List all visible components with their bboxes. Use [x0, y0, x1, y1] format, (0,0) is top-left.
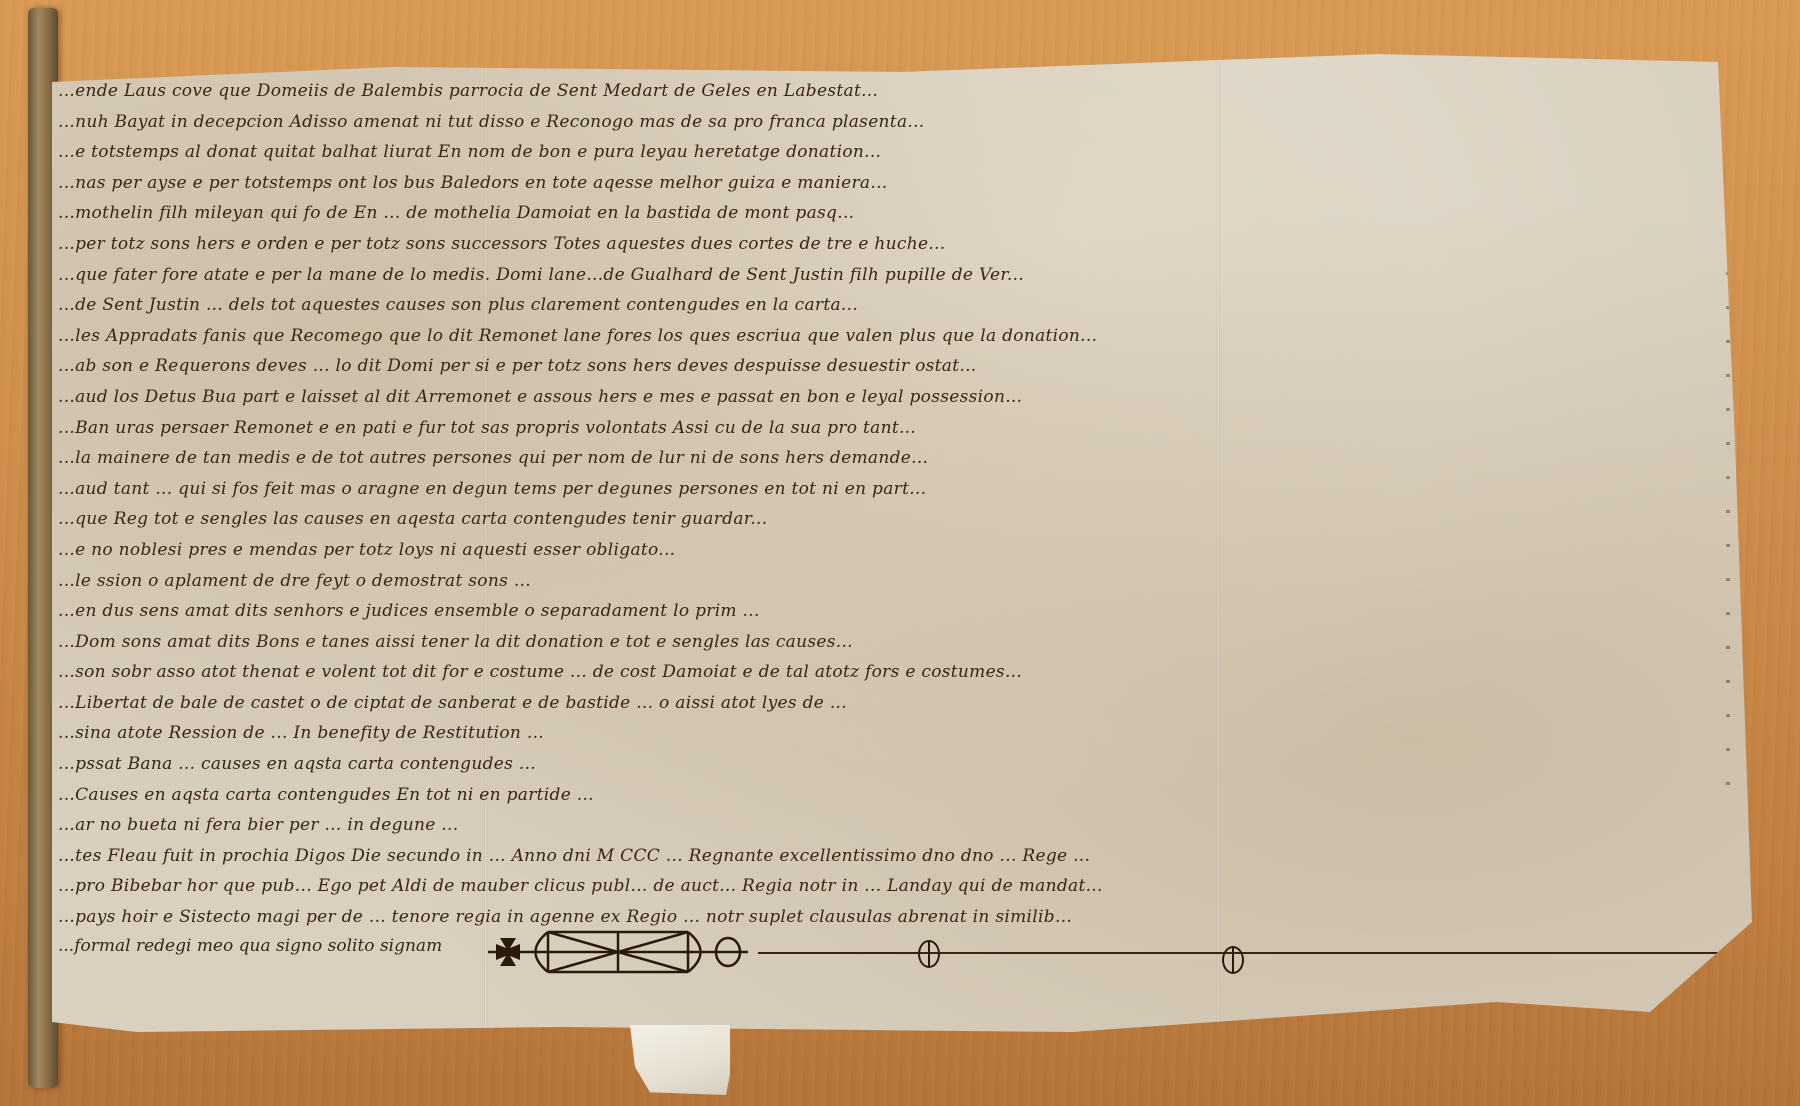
charter-line: ...son sobr asso atot thenat e volent to…	[58, 657, 1682, 688]
charter-line: ...pays hoir e Sistecto magi per de ... …	[58, 902, 1682, 933]
attached-paper-tag	[630, 1025, 730, 1095]
charter-line: ...pro Bibebar hor que pub... Ego pet Al…	[58, 871, 1682, 902]
charter-line: ...per totz sons hers e orden e per totz…	[58, 229, 1682, 260]
charter-line: ...nas per ayse e per totstemps ont los …	[58, 168, 1682, 199]
charter-line: ...tes Fleau fuit in prochia Digos Die s…	[58, 841, 1682, 872]
charter-line: ...Ban uras persaer Remonet e en pati e …	[58, 413, 1682, 444]
charter-text-block: ...ende Laus cove que Domeiis de Balembi…	[58, 76, 1682, 933]
charter-line: ...ende Laus cove que Domeiis de Balembi…	[58, 76, 1682, 107]
charter-line: ...que fater fore atate e per la mane de…	[58, 260, 1682, 291]
parchment-charter: ...ende Laus cove que Domeiis de Balembi…	[52, 42, 1752, 1042]
charter-line: ...Causes en aqsta carta contengudes En …	[58, 780, 1682, 811]
charter-line: ...nuh Bayat in decepcion Adisso amenat …	[58, 107, 1682, 138]
charter-line: ...e no noblesi pres e mendas per totz l…	[58, 535, 1682, 566]
charter-line: ...ab son e Requerons deves ... lo dit D…	[58, 351, 1682, 382]
charter-line: ...de Sent Justin ... dels tot aquestes …	[58, 290, 1682, 321]
charter-line: ...e totstemps al donat quitat balhat li…	[58, 137, 1682, 168]
charter-line: ...pssat Bana ... causes en aqsta carta …	[58, 749, 1682, 780]
charter-line: ...en dus sens amat dits senhors e judic…	[58, 596, 1682, 627]
charter-line: ...aud tant ... qui si fos feit mas o ar…	[58, 474, 1682, 505]
signature-text: ...formal redegi meo qua signo solito si…	[58, 936, 442, 956]
circle-mark-icon	[1222, 946, 1244, 974]
charter-line: ...mothelin filh mileyan qui fo de En ..…	[58, 198, 1682, 229]
ruling-line	[758, 952, 1738, 954]
notarial-signature-row: ...formal redegi meo qua signo solito si…	[58, 932, 1748, 972]
circle-mark-icon	[918, 940, 940, 968]
charter-line: ...Libertat de bale de castet o de cipta…	[58, 688, 1682, 719]
charter-line: ...ar no bueta ni fera bier per ... in d…	[58, 810, 1682, 841]
notarial-signum-icon	[488, 916, 748, 986]
charter-line: ...aud los Detus Bua part e laisset al d…	[58, 382, 1682, 413]
binding-holes	[1726, 102, 1730, 802]
charter-line: ...Dom sons amat dits Bons e tanes aissi…	[58, 627, 1682, 658]
charter-line: ...que Reg tot e sengles las causes en a…	[58, 504, 1682, 535]
charter-line: ...le ssion o aplament de dre feyt o dem…	[58, 566, 1682, 597]
charter-line: ...la mainere de tan medis e de tot autr…	[58, 443, 1682, 474]
charter-line: ...sina atote Ression de ... In benefity…	[58, 718, 1682, 749]
charter-line: ...les Appradats fanis que Recomego que …	[58, 321, 1682, 352]
